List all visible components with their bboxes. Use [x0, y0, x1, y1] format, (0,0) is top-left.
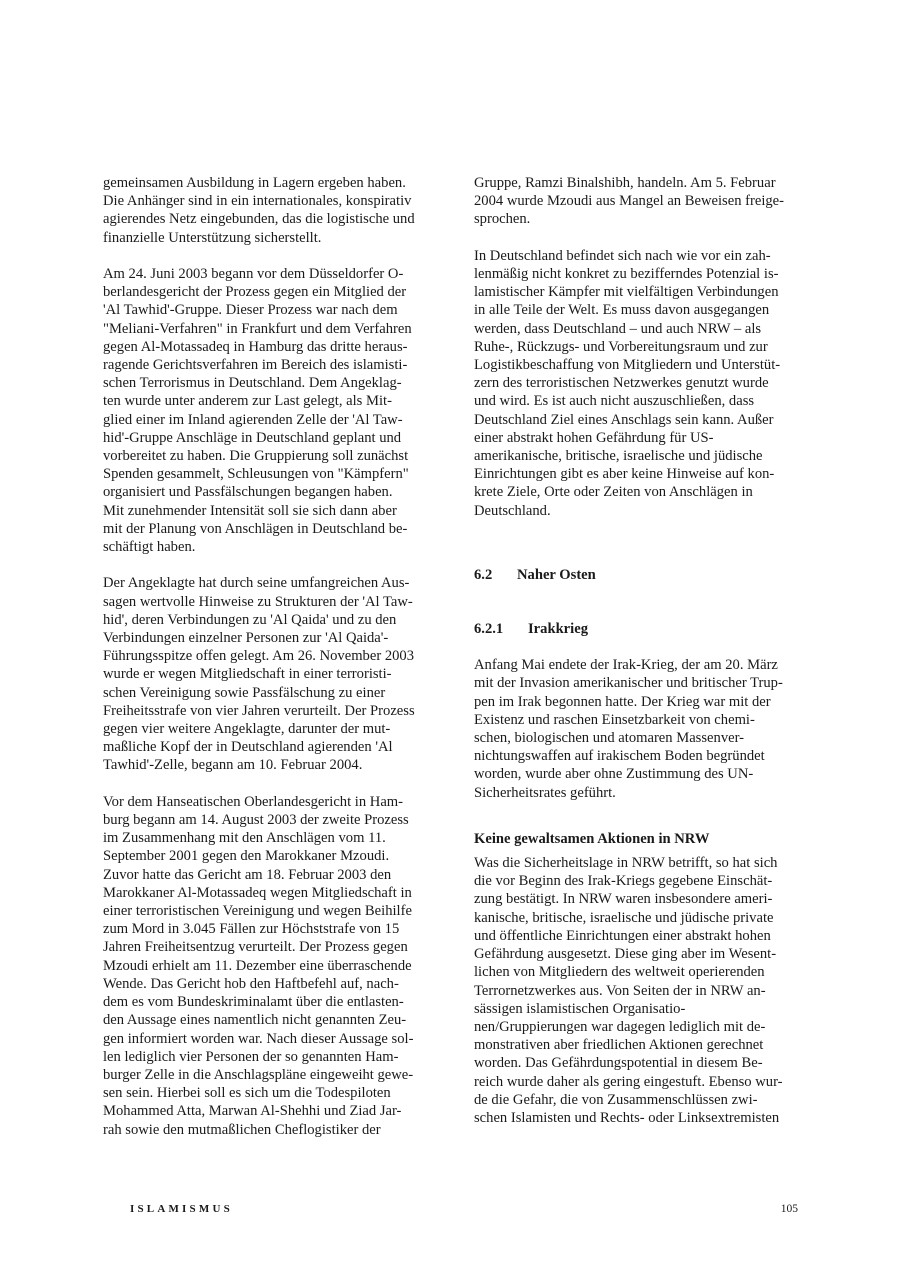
paragraph-potenzial-deutschland: In Deutschland befindet sich nach wie vo… — [474, 247, 806, 520]
section-title: Naher Osten — [517, 567, 596, 583]
subsection-number: 6.2.1 — [474, 620, 528, 638]
section-heading-naher-osten: 6.2Naher Osten — [474, 566, 806, 584]
page-number: 105 — [781, 1203, 798, 1215]
paragraph-sicherheitslage-nrw: Was die Sicherheitslage in NRW betrifft,… — [474, 854, 806, 1127]
paragraph-binalshibh: Gruppe, Ramzi Binalshibh, handeln. Am 5.… — [474, 174, 806, 229]
paragraph-ausbildung: gemeinsamen Ausbildung in Lagern ergeben… — [103, 174, 435, 247]
right-column: Gruppe, Ramzi Binalshibh, handeln. Am 5.… — [474, 174, 806, 1145]
page-footer: ISLAMISMUS 105 — [130, 1203, 798, 1221]
paragraph-angeklagte-aussagen: Der Angeklagte hat durch seine umfangrei… — [103, 574, 435, 774]
paragraph-irakkrieg: Anfang Mai endete der Irak-Krieg, der am… — [474, 656, 806, 802]
paragraph-duesseldorf-prozess: Am 24. Juni 2003 begann vor dem Düsseldo… — [103, 265, 435, 556]
footer-section-label: ISLAMISMUS — [130, 1203, 233, 1215]
subsection-heading-irakkrieg: 6.2.1Irakkrieg — [474, 620, 806, 638]
subsection-title: Irakkrieg — [528, 621, 588, 637]
section-number: 6.2 — [474, 566, 517, 584]
paragraph-hamburg-prozess: Vor dem Hanseatischen Oberlandesgericht … — [103, 793, 435, 1139]
left-column: gemeinsamen Ausbildung in Lagern ergeben… — [103, 174, 435, 1157]
subheading-keine-aktionen-nrw: Keine gewaltsamen Aktionen in NRW — [474, 830, 806, 848]
